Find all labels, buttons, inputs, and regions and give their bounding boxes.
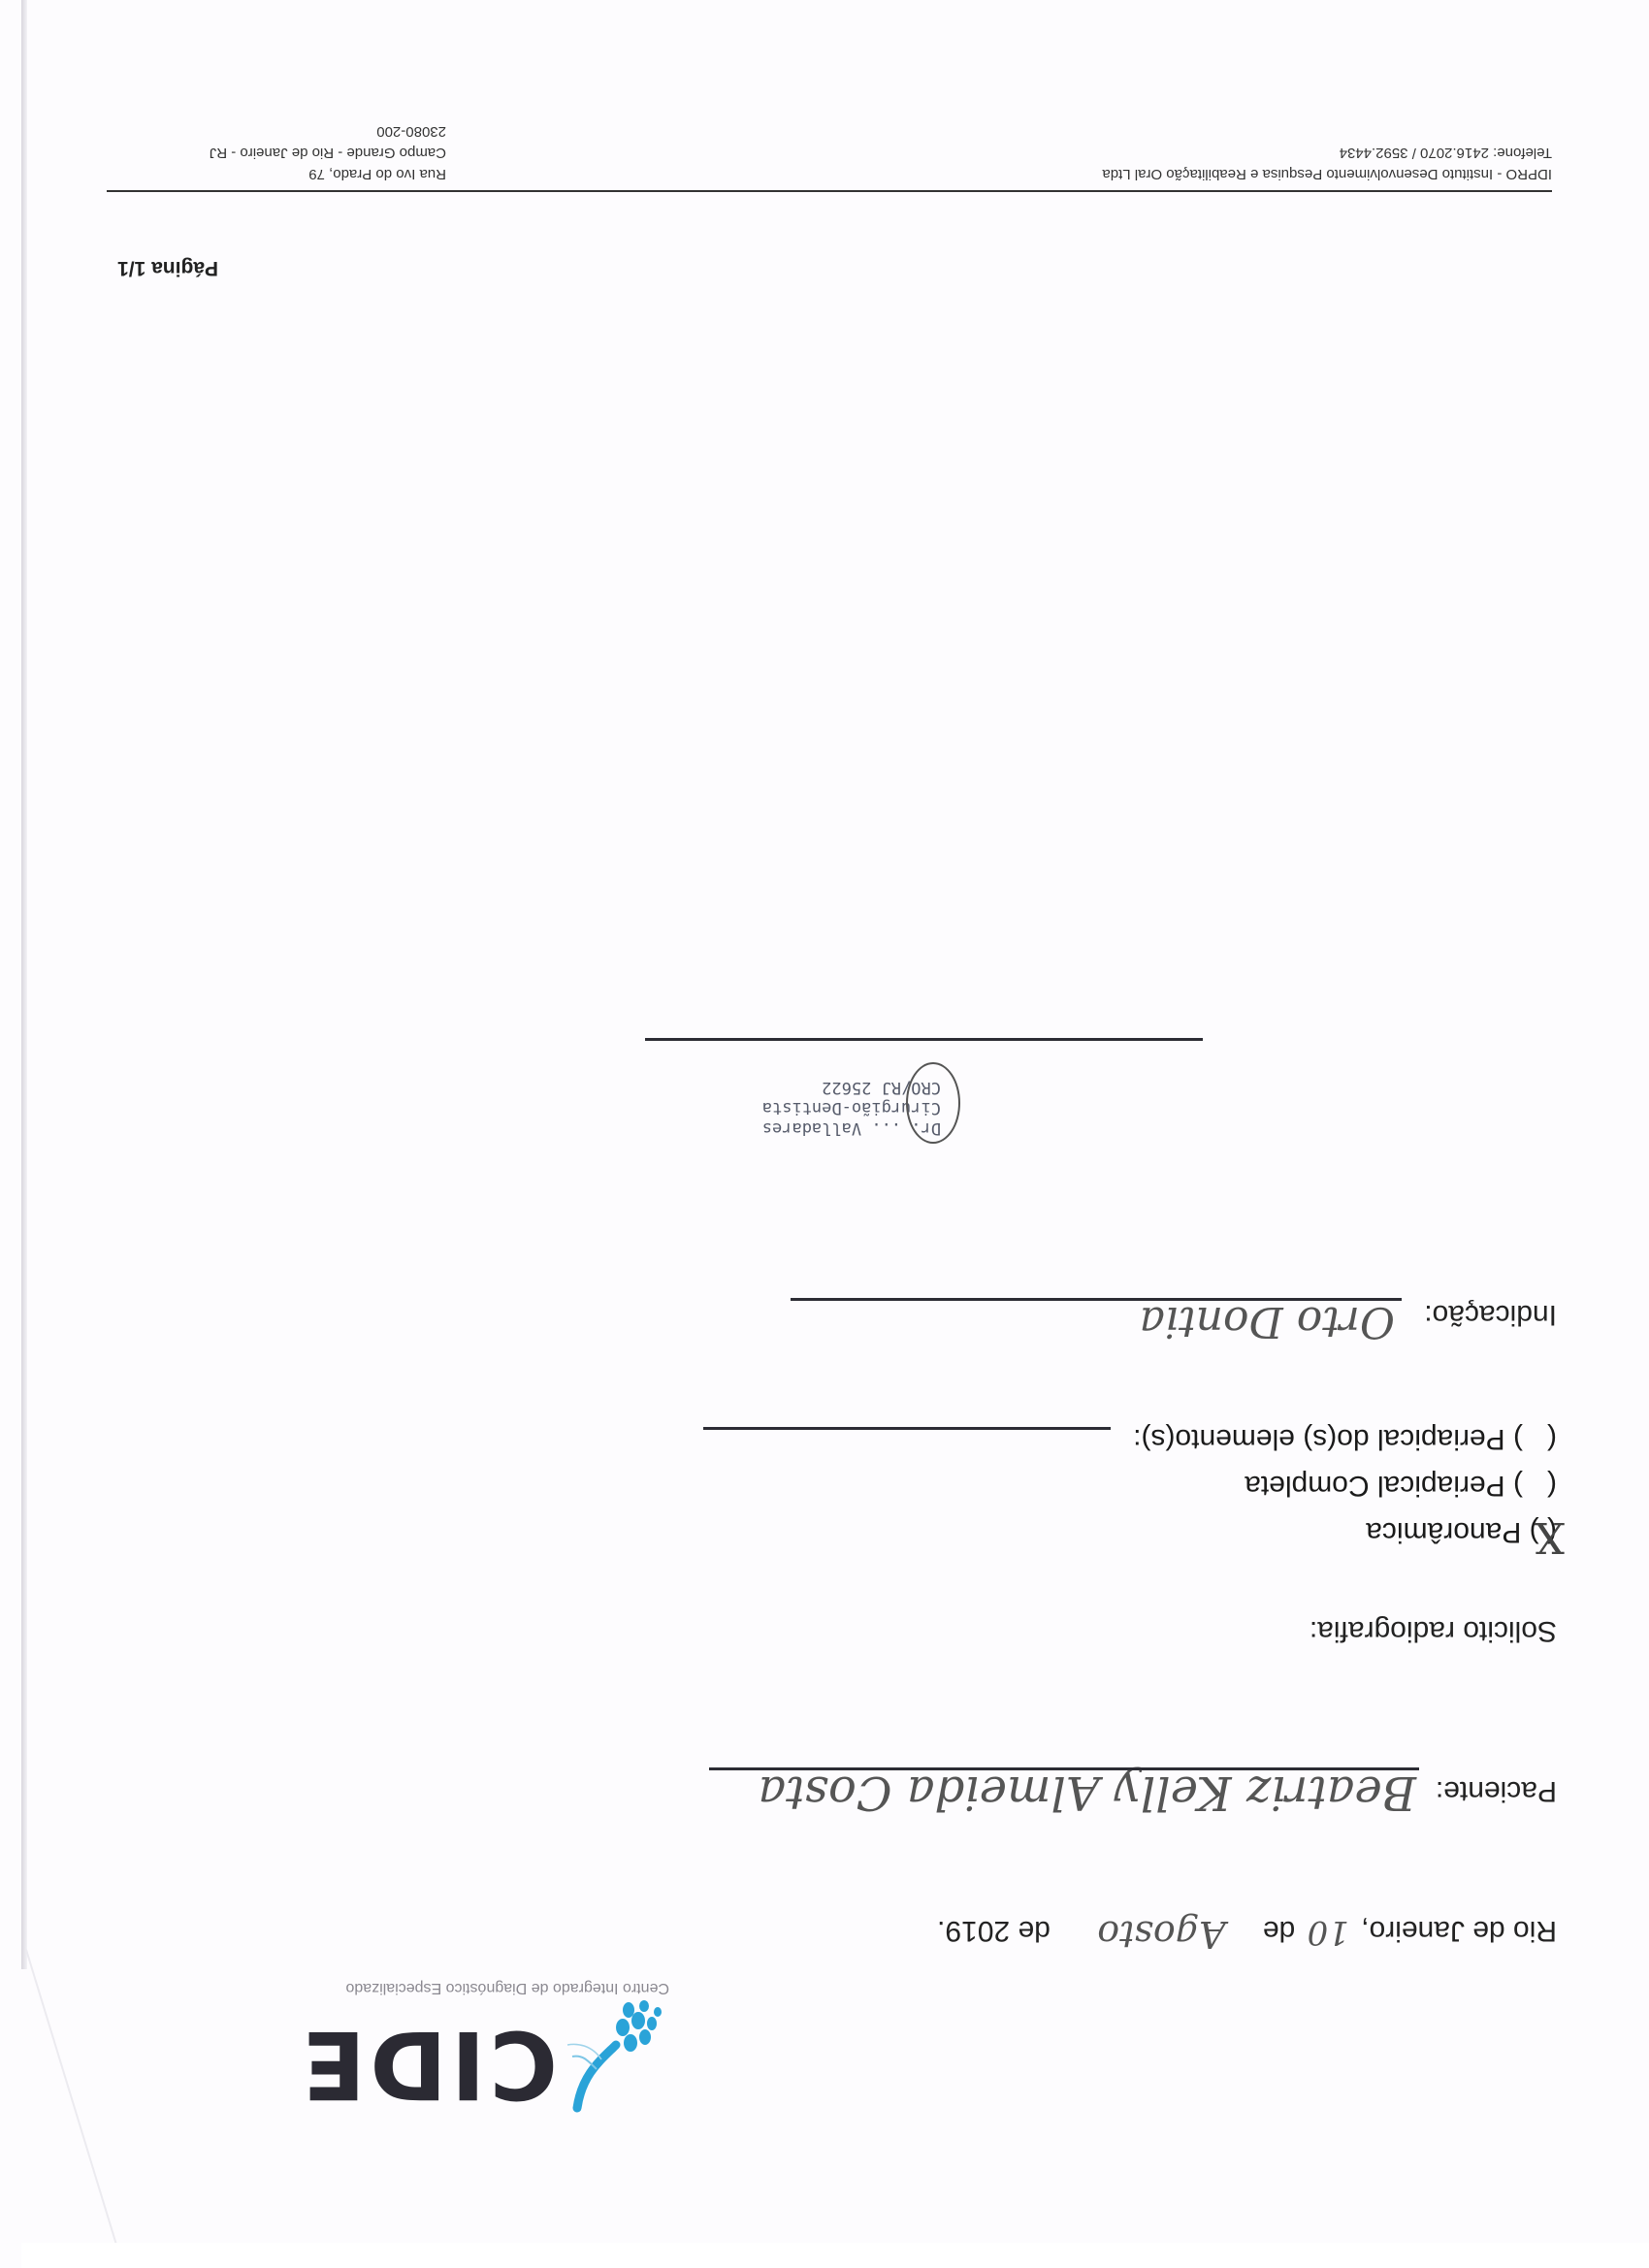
date-prefix: Rio de Janeiro, [1361,1915,1557,1947]
footer-rule [107,190,1552,192]
footer-org: IDPRO - Instituto Desenvolvimento Pesqui… [1102,163,1552,184]
date-day: 10 [1308,1913,1349,1952]
option-panoramica: ( X) Panorâmica [1366,1515,1557,1548]
patient-label: Paciente: [1436,1774,1557,1807]
tree-root-logo-icon [563,1996,669,2113]
elements-underline [703,1427,1111,1430]
page-number: Página 1/1 [117,256,218,279]
option-label: Periapical Completa [1245,1470,1504,1502]
signature-scribble [906,1062,960,1144]
date-line: Rio de Janeiro, 10 de Agosto de 2019. [937,1913,1557,1956]
indication-underline [791,1298,1402,1301]
date-de2: de [1018,1915,1051,1947]
indication-label: Indicação: [1424,1298,1557,1331]
date-year: 2019. [937,1915,1010,1947]
footer-left: IDPRO - Instituto Desenvolvimento Pesqui… [1102,142,1552,184]
footer-right: Rua Ivo do Prado, 79 Campo Grande - Rio … [210,120,446,184]
footer-address2: Campo Grande - Rio de Janeiro - RJ [210,142,446,163]
document-page: CIDE Centro Integrado de Diagnóstico Esp… [0,0,1649,2268]
logo-wordmark: CIDE [299,2018,558,2111]
footer-phone: Telefone: 2416.2070 / 3592.4434 [1102,142,1552,163]
request-title: Solicito radiografia: [1309,1614,1557,1647]
option-label: Panorâmica [1366,1516,1521,1548]
checkbox-mark: X [1535,1512,1565,1562]
option-periapical-elementos: ( ) Periapical do(s) elemento(s): [1133,1422,1557,1455]
option-periapical-completa: ( ) Periapical Completa [1245,1469,1557,1502]
signature-line [645,1038,1203,1041]
patient-name-field: Beatriz Kelly Almeida Costa [758,1766,1416,1820]
indication-value: Orto Dontia [1140,1297,1395,1346]
logo-subtitle: Centro Integrado de Diagnóstico Especial… [345,1979,669,1996]
dentist-stamp: Dr. ... Valladares Cirurgião-Dentista CR… [747,1077,941,1138]
date-de1: de [1263,1915,1295,1947]
footer-zip: 23080-200 [210,120,446,142]
patient-underline [709,1767,1419,1770]
date-month: Agosto [1097,1913,1225,1956]
footer-address1: Rua Ivo do Prado, 79 [210,163,446,184]
cide-logo: CIDE Centro Integrado de Diagnóstico Esp… [262,1958,669,2122]
option-label: Periapical do(s) elemento(s): [1133,1423,1504,1455]
